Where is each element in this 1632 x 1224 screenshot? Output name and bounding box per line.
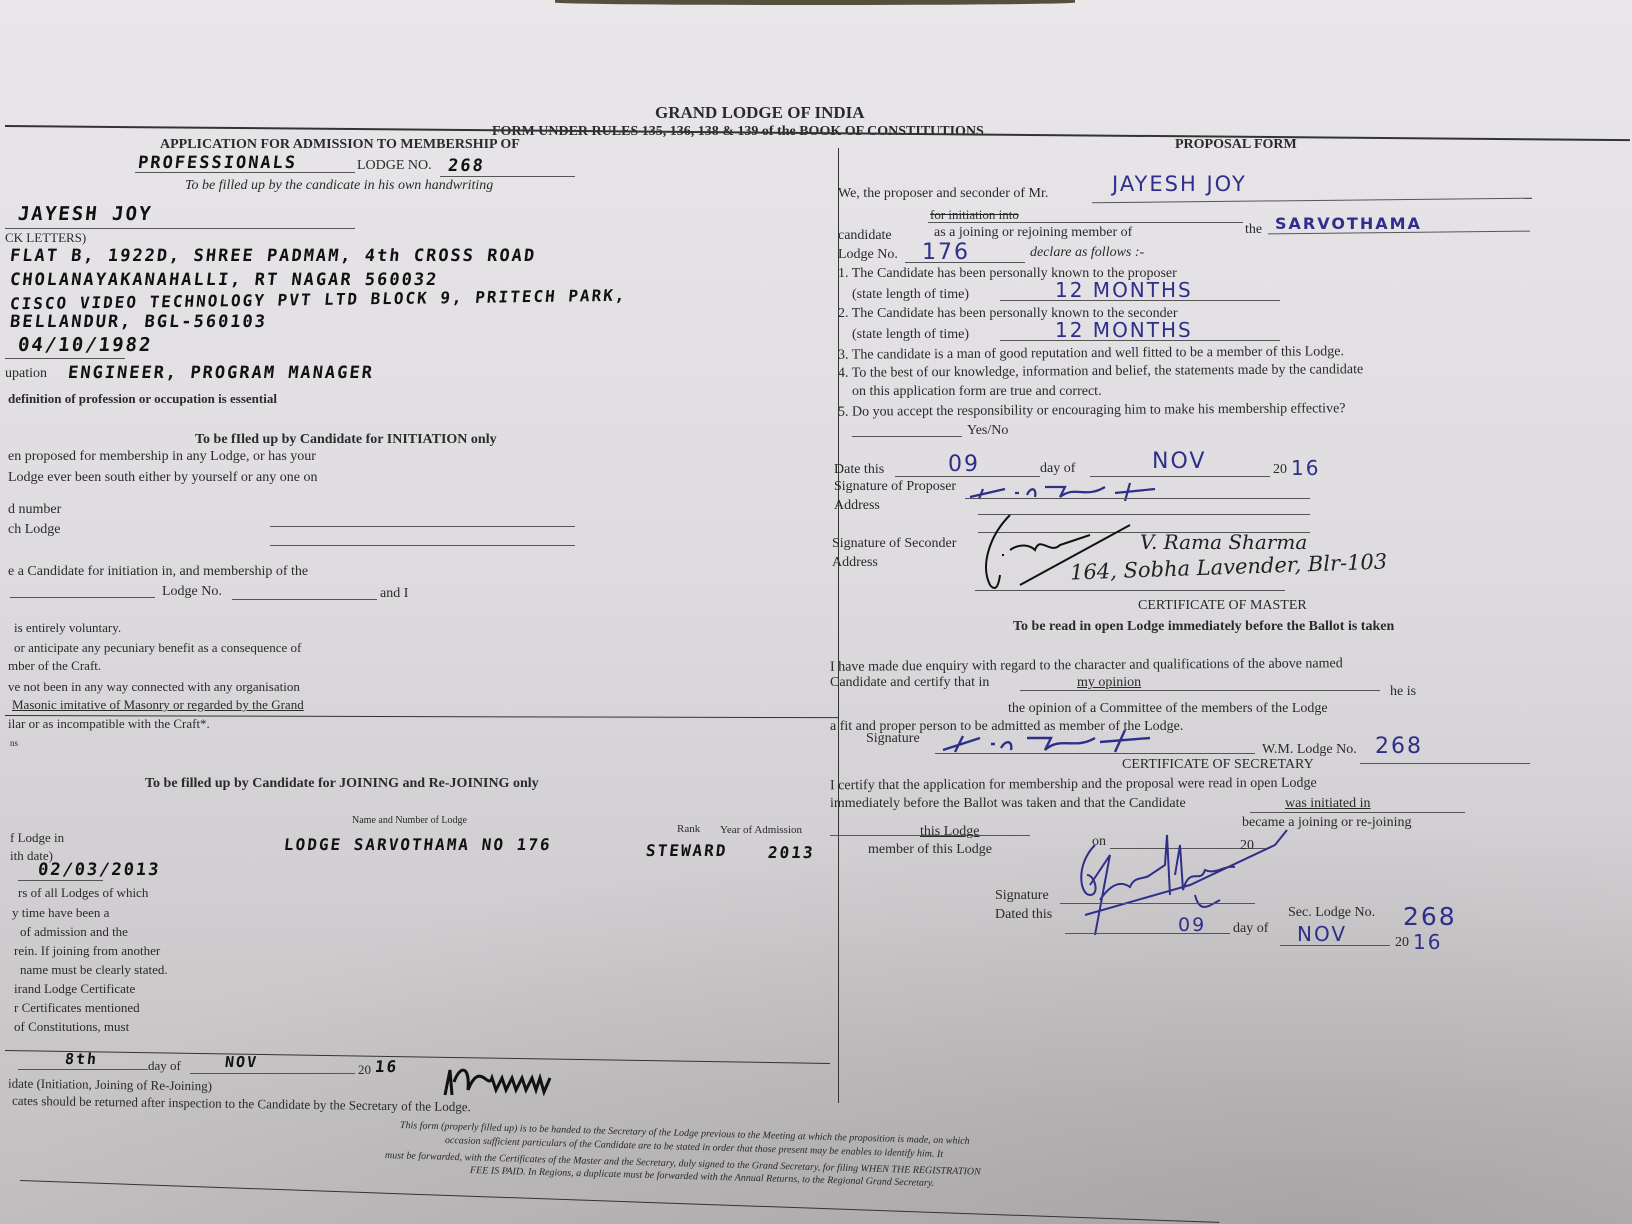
lodge-no-label: LODGE NO.: [357, 158, 432, 174]
occupation-value: ENGINEER, PROGRAM MANAGER: [67, 363, 375, 383]
dob-value: 04/10/1982: [17, 334, 154, 356]
secretary-year-prefix-2: 20: [1395, 935, 1409, 951]
proposal-date-month: NOV: [1152, 449, 1206, 474]
address-line-1: FLAT B, 1922D, SHREE PADMAM, 4th CROSS R…: [9, 246, 537, 266]
signing-rule: [5, 1050, 830, 1064]
sec-lodge-no: 268: [1403, 902, 1457, 931]
opinion-option-2: the opinion of a Committee of the member…: [1008, 701, 1328, 717]
joining-text: as a joining or rejoining member of: [934, 225, 1132, 241]
dob-line: [5, 358, 125, 359]
secretary-signature-label: Signature: [995, 888, 1049, 904]
col-year-header: Year of Admission: [720, 824, 802, 836]
which-lodge-input[interactable]: [270, 545, 575, 546]
proposer-known-line: [1000, 300, 1280, 301]
dated-month-line: [1280, 945, 1390, 946]
master-cert-subheading: To be read in open Lodge immediately bef…: [1013, 619, 1394, 635]
candidate-signature-label: idate (Initiation, Joining of Re-Joining…: [8, 1076, 212, 1095]
secretary-sig-line: [1060, 903, 1255, 904]
joining-date-line: [18, 880, 103, 881]
initiation-lodge-no-label: Lodge No.: [162, 584, 222, 600]
struck-initiation-text: for initiation into: [930, 207, 1019, 223]
proposal-year-prefix: 20: [1273, 462, 1287, 478]
yes-no-label: Yes/No: [967, 423, 1008, 439]
declaration-2: or anticipate any pecuniary benefit as a…: [14, 640, 301, 656]
proposal-item-4: 4. To the best of our knowledge, informa…: [838, 362, 1363, 382]
proposal-item-4-cont: on this application form are true and co…: [852, 384, 1102, 400]
opinion-line: [1020, 690, 1380, 691]
address-line-4: BELLANDUR, BGL-560103: [9, 312, 268, 332]
lodge-name-line: [135, 172, 355, 173]
proposal-date-day: 09: [948, 452, 980, 477]
seconder-length-label: (state length of time): [852, 327, 969, 343]
opinion-option-1: my opinion: [1077, 675, 1141, 691]
proposer-address-label: Address: [834, 498, 880, 514]
joining-note-6: irand Lodge Certificate: [14, 981, 135, 997]
master-sig-line: [935, 753, 1255, 754]
declaration-1: is entirely voluntary.: [14, 620, 121, 636]
footer-rule: [20, 1180, 1219, 1223]
wm-lodge-no: 268: [1375, 734, 1423, 759]
lodge-in-label: f Lodge in: [10, 830, 64, 846]
proposer-sig-line: [965, 498, 1310, 499]
seconder-signature-label: Signature of Seconder: [832, 536, 956, 552]
signing-month-line: [190, 1073, 355, 1074]
date-this-label: Date this: [834, 462, 884, 478]
signing-day-of-label: day of: [148, 1058, 181, 1074]
proposer-known-value: 12 MONTHS: [1055, 278, 1193, 302]
proposal-name-line: [1092, 198, 1532, 204]
joining-year-value: 2013: [767, 843, 816, 862]
secretary-cert-heading: CERTIFICATE OF SECRETARY: [1122, 757, 1314, 773]
proposal-year-suffix: 16: [1291, 456, 1320, 480]
joining-note-3: of admission and the: [20, 924, 128, 940]
secretary-dated-year-suffix: 16: [1413, 930, 1442, 954]
joining-note-8: of Constitutions, must: [14, 1019, 129, 1035]
lodge-no-line: [440, 176, 575, 177]
master-signature-label: Signature: [866, 731, 920, 747]
seconder-address-label: Address: [832, 555, 878, 571]
paper-clip-shadow: [555, 0, 1075, 5]
proposal-lodge-no-line: [905, 262, 1025, 263]
signing-month-value: NOV: [224, 1053, 259, 1071]
declare-text: declare as follows :-: [1030, 245, 1144, 261]
proposal-item-5: 5. Do you accept the responsibility or e…: [838, 401, 1346, 421]
proposal-lodge-no-label: Lodge No.: [838, 247, 898, 263]
master-cert-heading: CERTIFICATE OF MASTER: [1138, 598, 1307, 614]
candidate-name-value: JAYESH JOY: [17, 203, 154, 225]
secretary-option-1: was initiated in: [1285, 796, 1371, 812]
form-title: GRAND LODGE OF INDIA: [655, 103, 865, 123]
member-of-lodge-text: member of this Lodge: [868, 842, 992, 858]
return-note: cates should be returned after inspectio…: [12, 1093, 471, 1115]
secretary-cert-line-2: immediately before the Ballot was taken …: [830, 796, 1186, 812]
proposal-lodge-name: SARVOTHAMA: [1275, 214, 1422, 233]
secretary-dated-month: NOV: [1297, 922, 1347, 946]
proposer-signature-label: Signature of Proposer: [834, 479, 956, 495]
col-rank-header: Rank: [677, 823, 700, 835]
dated-day-line: [1065, 933, 1230, 934]
declaration-5: Masonic imitative of Masonry or regarded…: [12, 697, 304, 713]
block-letters-label: CK LETTERS): [5, 230, 86, 246]
field-lodge-number: d number: [8, 502, 61, 518]
wm-lodge-line: [1360, 763, 1530, 764]
seconder-known-line: [1000, 340, 1280, 341]
lighting-shadow: [0, 804, 1632, 1224]
master-cert-line-1: I have made due enquiry with regard to t…: [830, 656, 1343, 676]
center-divider: [838, 148, 839, 1103]
address-line-2: CHOLANAYAKANAHALLI, RT NAGAR 560032: [9, 270, 439, 290]
signing-year-prefix: 20: [358, 1062, 371, 1078]
joining-note-2: y time have been a: [12, 905, 109, 921]
declaration-4: ve not been in any way connected with an…: [8, 679, 300, 695]
initiation-heading: To be fIled up by Candidate for INITIATI…: [195, 432, 497, 448]
initiation-line-2: Lodge ever been south either by yourself…: [8, 470, 317, 486]
master-signature: [935, 720, 1195, 760]
joining-lodge-value: LODGE SARVOTHAMA NO 176: [283, 835, 553, 854]
declaration-3: mber of the Craft.: [8, 658, 101, 674]
secretary-day-of-label: day of: [1233, 921, 1268, 937]
initiation-line-1: en proposed for membership in any Lodge,…: [8, 449, 316, 465]
signing-day-line: [18, 1069, 148, 1070]
master-cert-line-2: Candidate and certify that in: [830, 675, 989, 691]
secretary-cert-line-1: I certify that the application for membe…: [830, 776, 1317, 795]
name-line: [5, 228, 355, 229]
joining-rank-value: STEWARD: [645, 841, 728, 860]
proposal-intro: We, the proposer and seconder of Mr.: [838, 186, 1048, 202]
he-is-text: he is: [1390, 684, 1416, 700]
initiation-lodge-name-input[interactable]: [10, 597, 155, 598]
lodge-no-value: 268: [447, 156, 486, 176]
declaration-6: ilar or as incompatible with the Craft*.: [8, 716, 210, 732]
and-i-text: and I: [380, 586, 408, 602]
proposal-heading: PROPOSAL FORM: [1175, 137, 1297, 153]
the-label: the: [1245, 222, 1262, 238]
this-lodge-text: this Lodge: [920, 824, 980, 840]
proposer-signature: [965, 475, 1175, 505]
occupation-label: upation: [5, 366, 47, 382]
seconder-address-line: [975, 590, 1285, 591]
occupation-note: definition of profession or occupation i…: [8, 391, 277, 407]
yes-no-input[interactable]: [852, 436, 962, 437]
handwriting-instruction: To be filled up by the candicate in his …: [185, 178, 493, 194]
lodge-name-value: PROFESSIONALS: [137, 153, 298, 173]
proposer-length-label: (state length of time): [852, 287, 969, 303]
wm-lodge-label: W.M. Lodge No.: [1262, 742, 1357, 758]
lodge-number-input[interactable]: [270, 526, 575, 527]
col-lodge-header: Name and Number of Lodge: [352, 815, 467, 826]
joining-note-4: rein. If joining from another: [14, 943, 160, 959]
candidate-initiation-line: e a Candidate for initiation in, and mem…: [8, 564, 308, 580]
joining-note-5: name must be clearly stated.: [20, 962, 168, 978]
joining-heading: To be filled up by Candidate for JOINING…: [145, 776, 539, 792]
proposal-item-3: 3. The candidate is a man of good reputa…: [838, 344, 1344, 364]
candidate-label: candidate: [838, 228, 892, 244]
seconder-known-value: 12 MONTHS: [1055, 318, 1193, 342]
signing-year-suffix: 16: [374, 1057, 399, 1076]
proposal-candidate-name: JAYESH JOY: [1112, 172, 1247, 196]
joining-date-value: 02/03/2013: [37, 860, 161, 880]
sec-lodge-label: Sec. Lodge No.: [1288, 905, 1375, 921]
secretary-option-line: [1250, 812, 1465, 813]
signing-day-value: 8th: [64, 1050, 99, 1068]
dated-this-label: Dated this: [995, 907, 1052, 923]
initiation-lodge-no-input[interactable]: [232, 599, 377, 600]
seconder-name: V. Rama Sharma: [1140, 530, 1307, 554]
struck-line: [928, 222, 1243, 223]
joining-note-7: r Certificates mentioned: [14, 1000, 140, 1016]
joining-note-1: rs of all Lodges of which: [18, 885, 148, 901]
footnote-mark: ns: [10, 738, 18, 748]
application-heading: APPLICATION FOR ADMISSION TO MEMBERSHIP …: [160, 137, 520, 153]
field-which-lodge: ch Lodge: [8, 522, 60, 538]
